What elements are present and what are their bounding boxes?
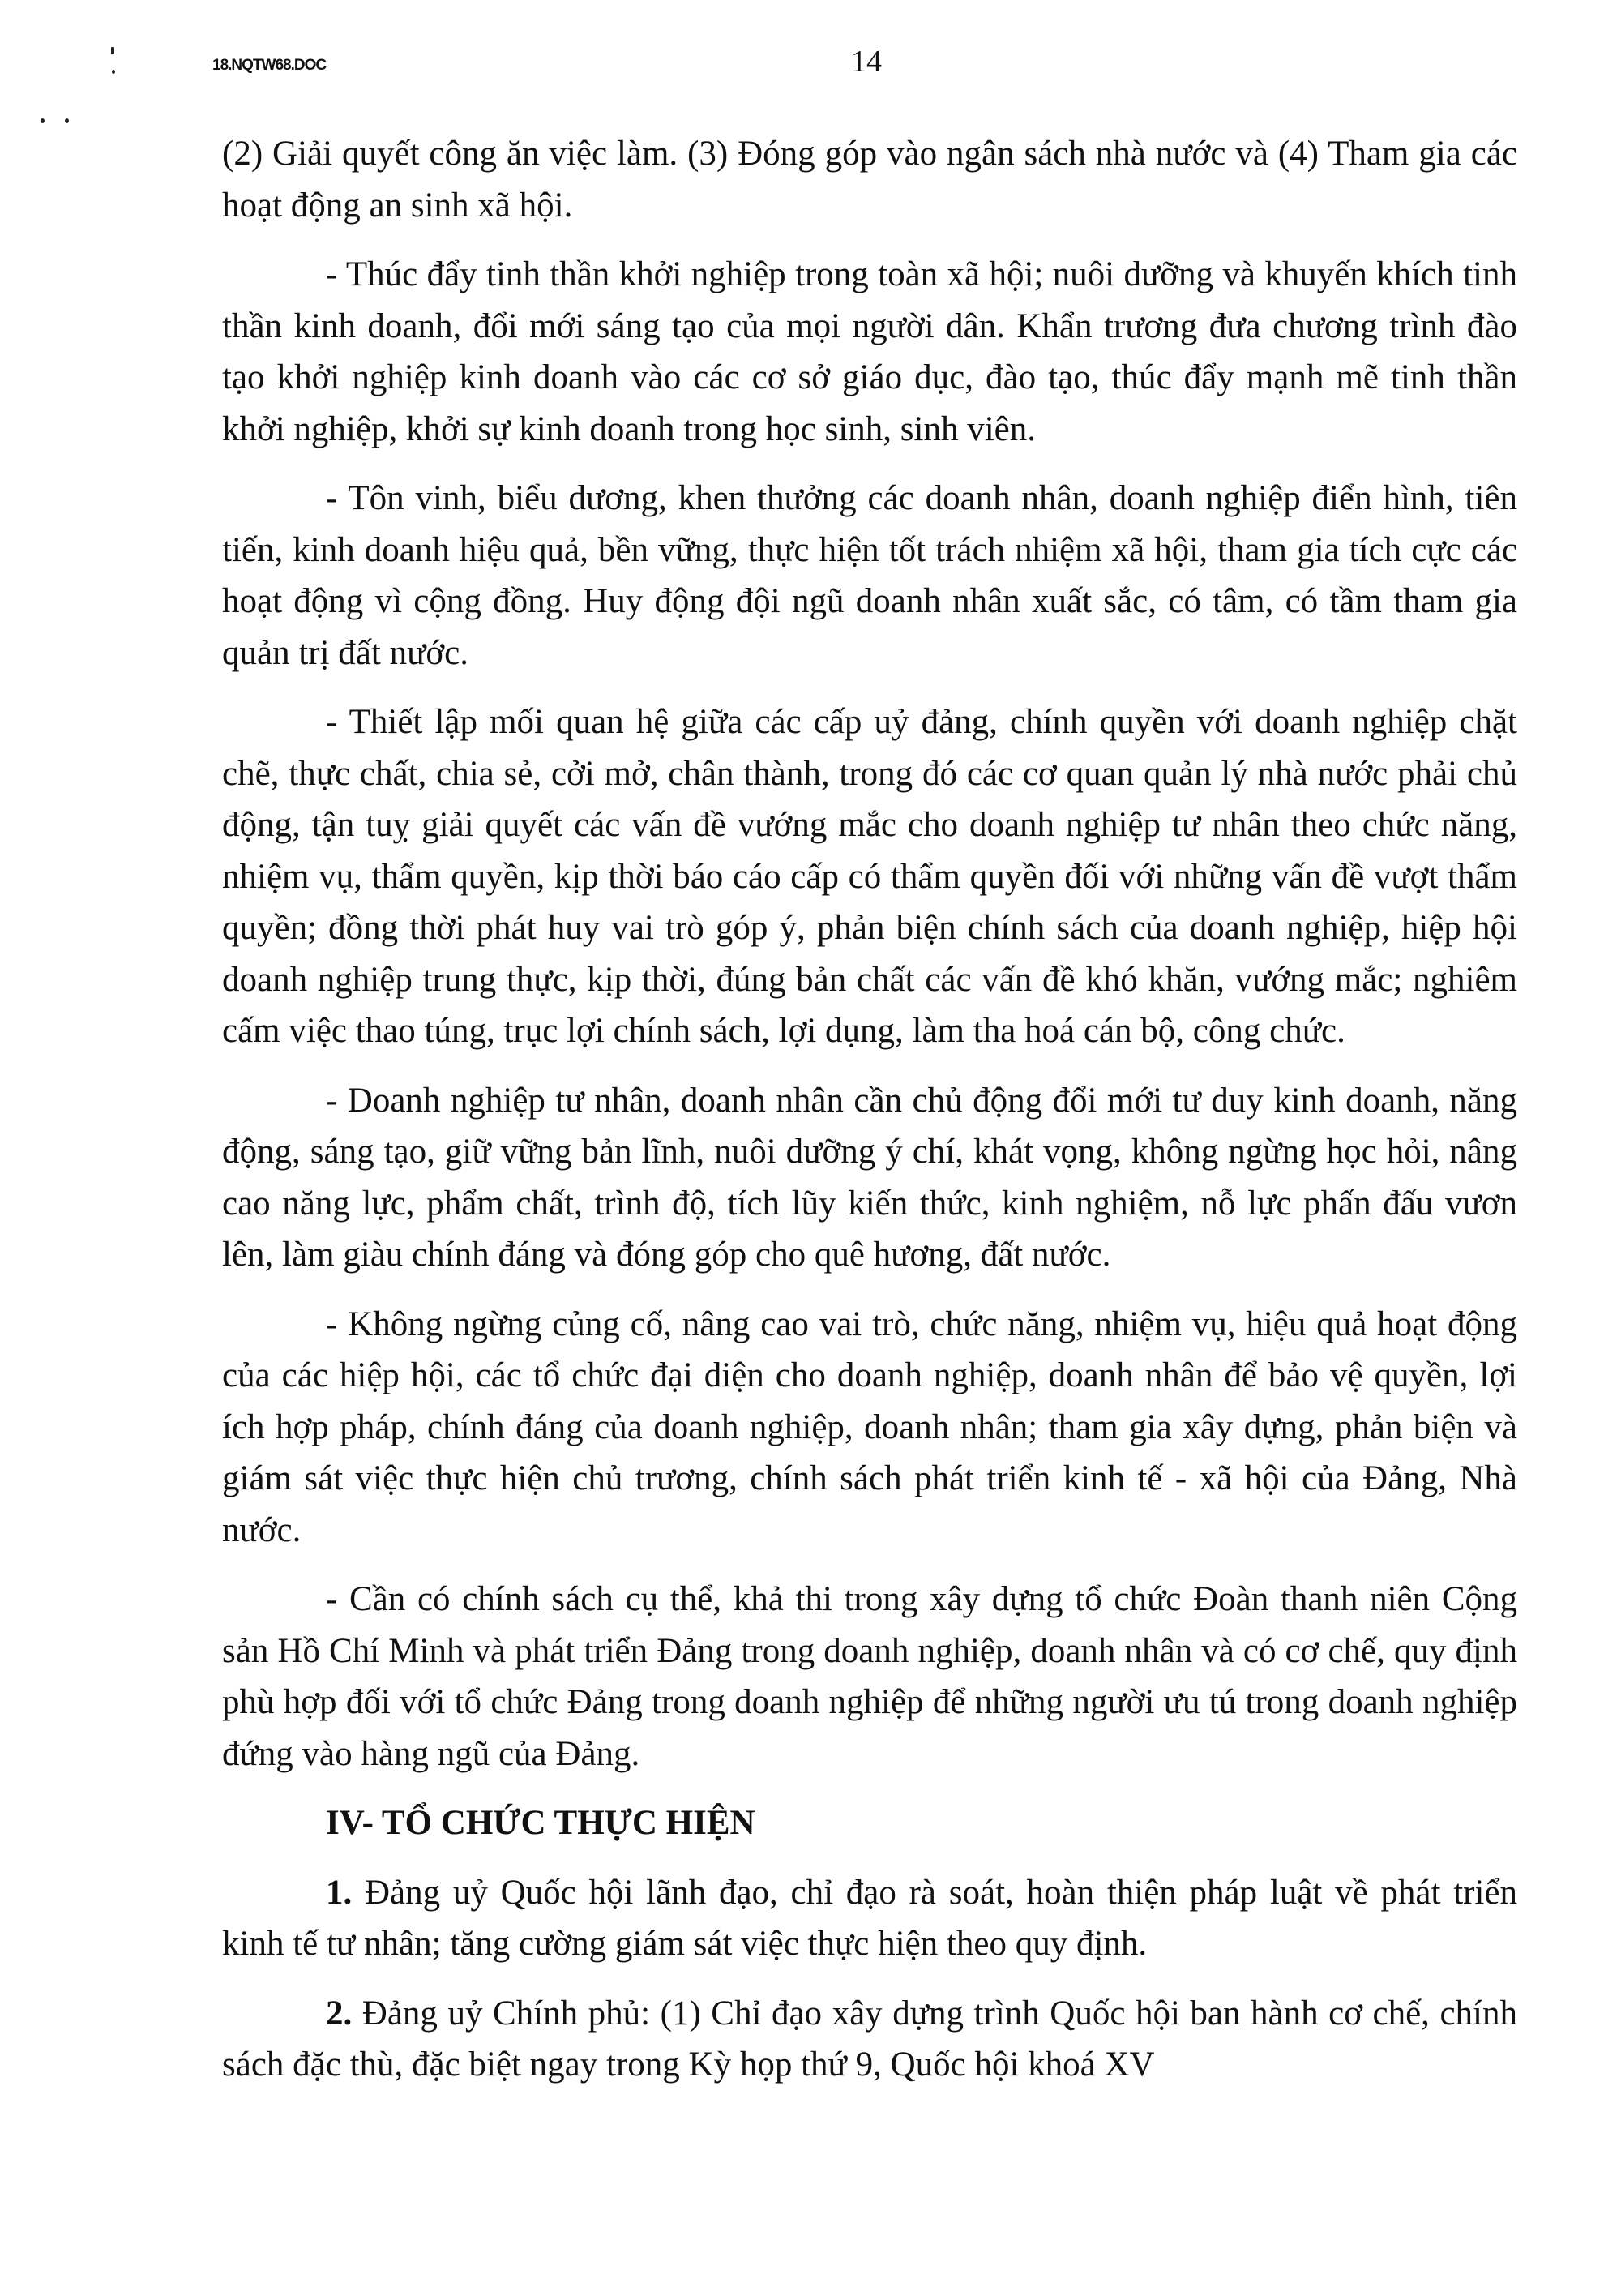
paragraph: - Thúc đẩy tinh thần khởi nghiệp trong t… [222, 249, 1517, 455]
paragraph: - Tôn vinh, biểu dương, khen thưởng các … [222, 473, 1517, 679]
section-item: 1. Đảng uỷ Quốc hội lãnh đạo, chỉ đạo rà… [222, 1867, 1517, 1970]
scan-speck [65, 118, 69, 123]
scan-speck [112, 70, 115, 74]
item-number: 2. [326, 1994, 352, 2033]
scan-speck [111, 47, 114, 54]
paragraph: - Không ngừng củng cố, nâng cao vai trò,… [222, 1299, 1517, 1557]
document-body: (2) Giải quyết công ăn việc làm. (3) Đón… [222, 128, 1517, 2109]
paragraph: - Cần có chính sách cụ thể, khả thi tron… [222, 1574, 1517, 1780]
paragraph: (2) Giải quyết công ăn việc làm. (3) Đón… [222, 128, 1517, 231]
paragraph: - Doanh nghiệp tư nhân, doanh nhân cần c… [222, 1075, 1517, 1281]
section-item: 2. Đảng uỷ Chính phủ: (1) Chỉ đạo xây dự… [222, 1988, 1517, 2091]
page-number: 14 [851, 44, 882, 79]
document-page: 18.NQTW68.DOC 14 (2) Giải quyết công ăn … [0, 0, 1621, 2296]
paragraph: - Thiết lập mối quan hệ giữa các cấp uỷ … [222, 696, 1517, 1057]
item-text: Đảng uỷ Chính phủ: (1) Chỉ đạo xây dựng … [222, 1994, 1517, 2084]
section-heading: IV- TỔ CHỨC THỰC HIỆN [222, 1797, 1517, 1849]
header-filename: 18.NQTW68.DOC [212, 57, 326, 75]
item-text: Đảng uỷ Quốc hội lãnh đạo, chỉ đạo rà so… [222, 1874, 1517, 1964]
scan-speck [41, 118, 45, 123]
item-number: 1. [326, 1874, 352, 1912]
